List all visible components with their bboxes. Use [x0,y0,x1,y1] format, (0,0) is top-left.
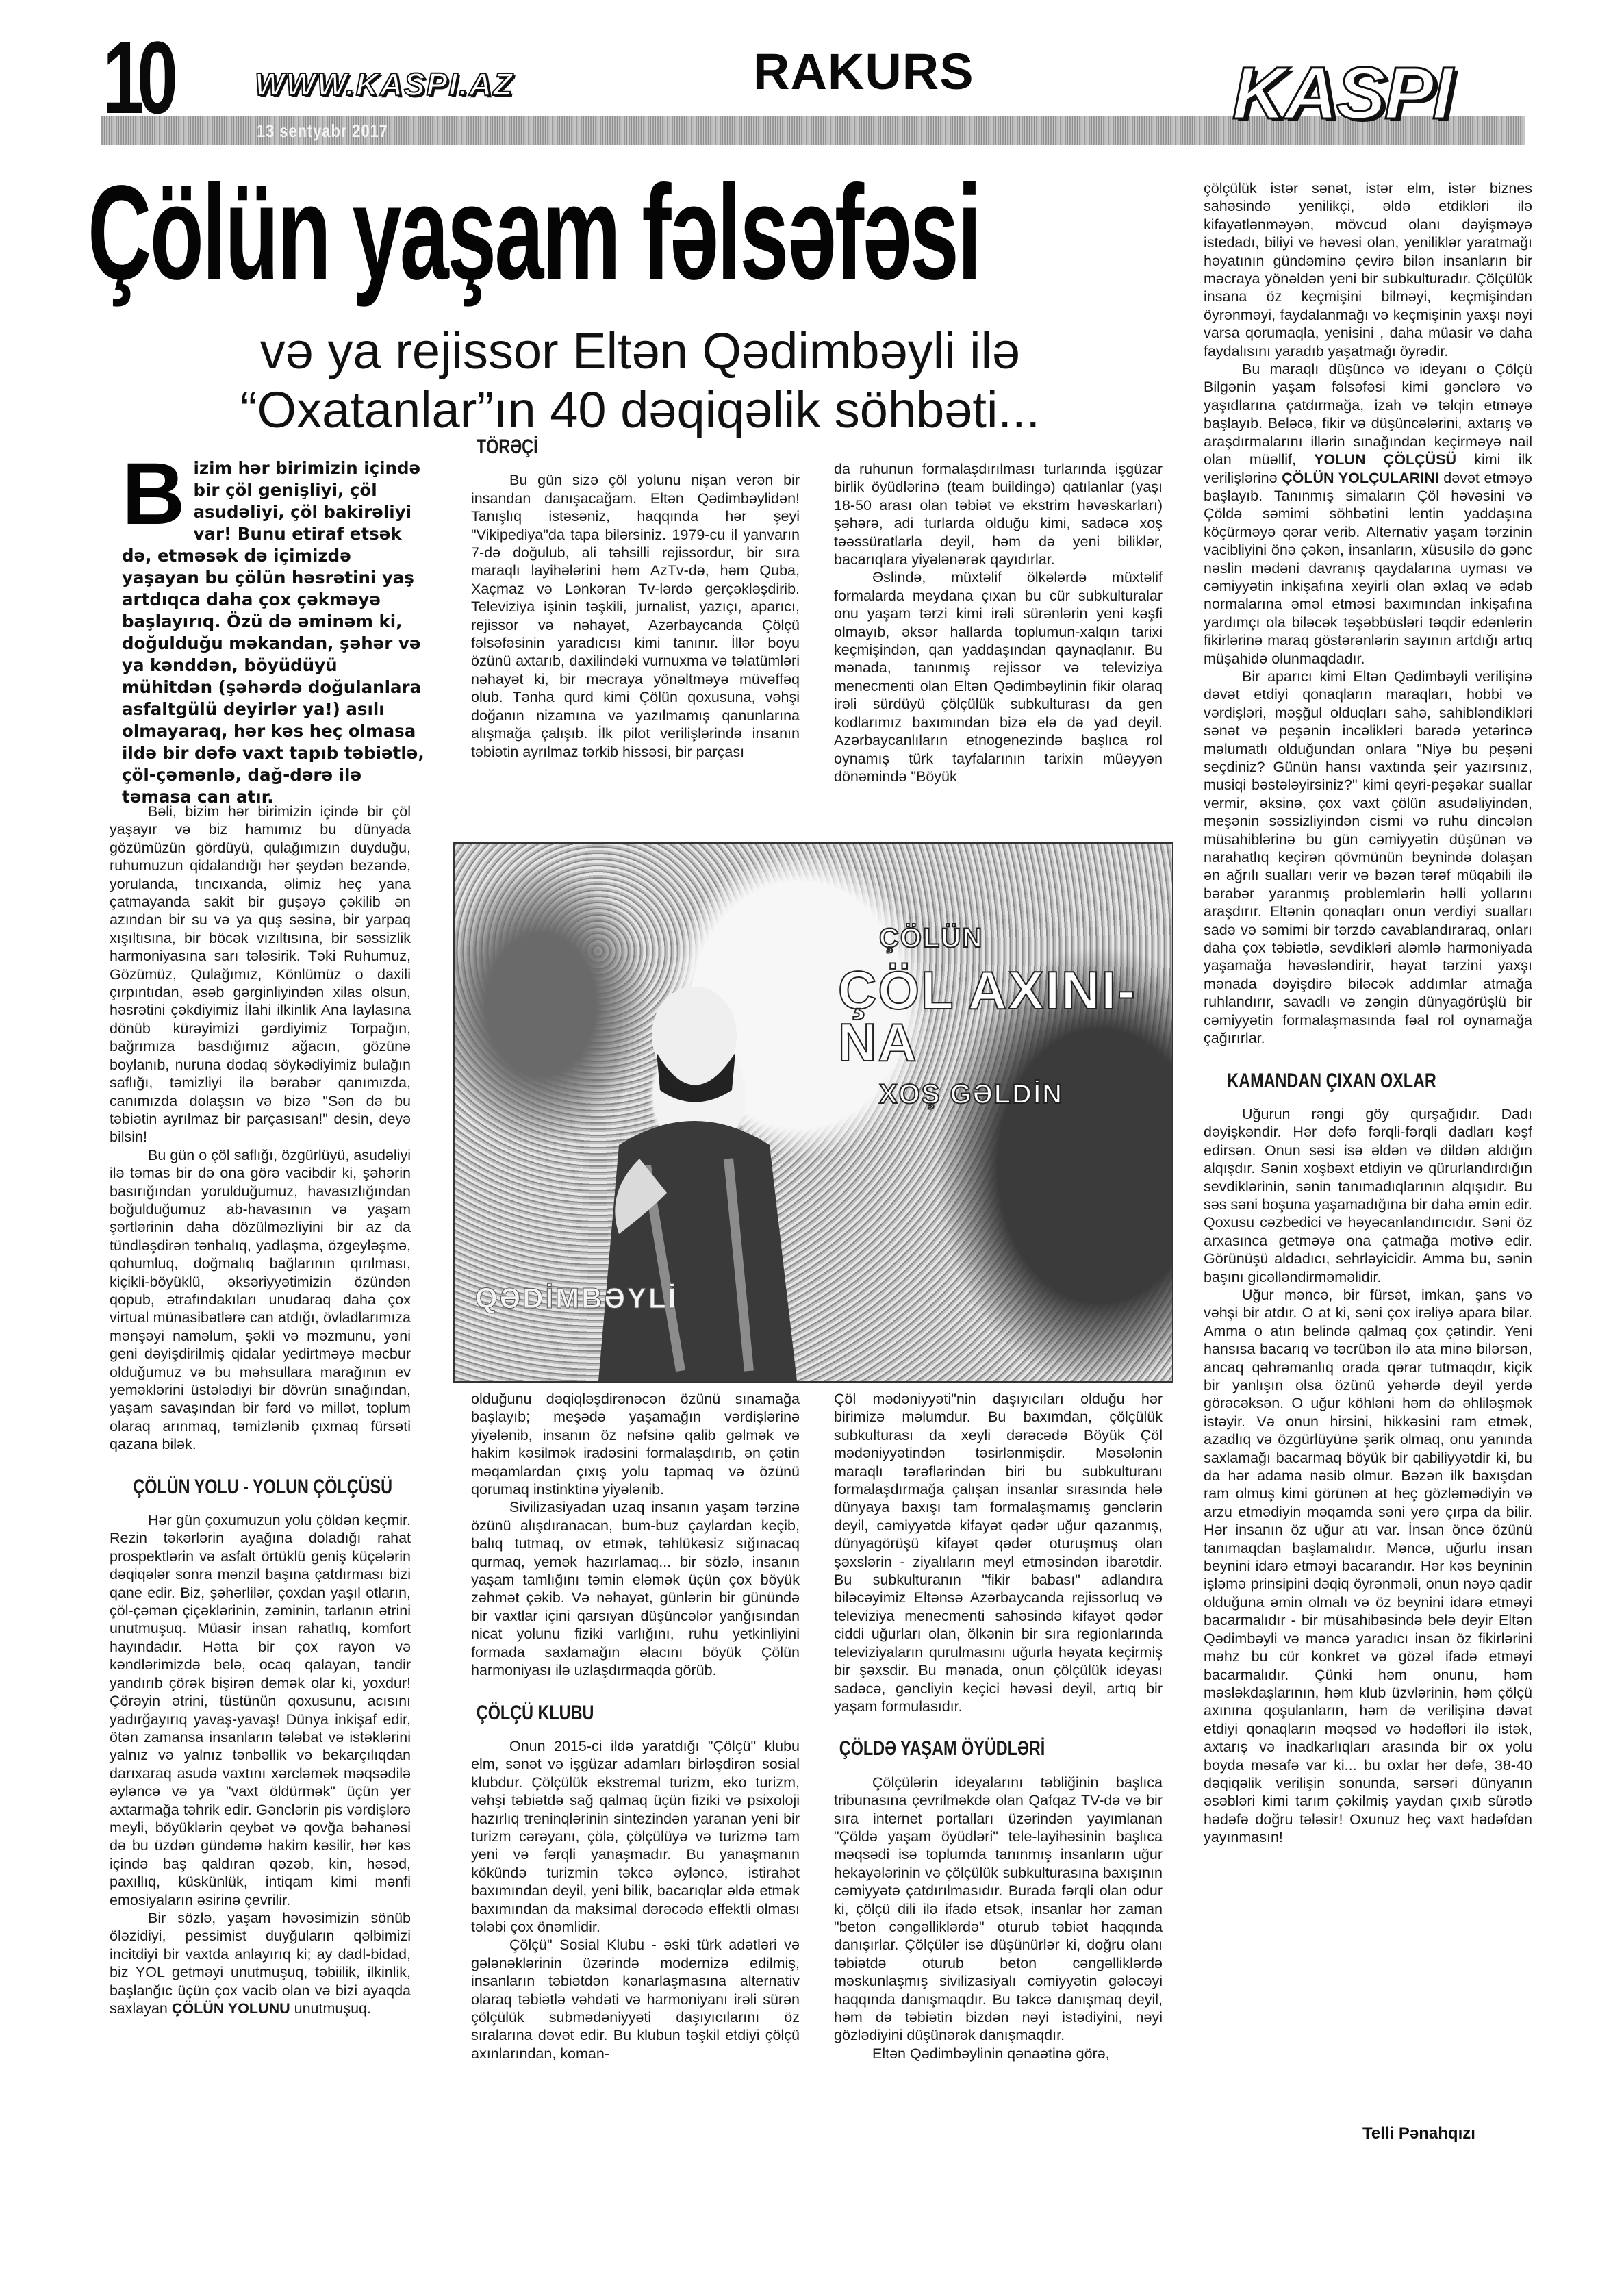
column-middle-bottom: olduğunu dəqiqləşdirənəcən özünü sınamağ… [471,1390,800,2063]
section-heading: KAMANDAN ÇIXAN OXLAR [1204,1072,1460,1090]
brand-logo: KASPI [1232,59,1451,127]
overlay-line-2: ÇÖL AXINI-NA [838,964,1172,1068]
paragraph: Hər gün çoxumuzun yolu çöldən keçmir. Re… [110,1511,411,1909]
article-photo: ÇÖLÜN ÇÖL AXINI-NA XOŞ GƏLDİN QƏDİMBƏYLİ [453,842,1173,1383]
paragraph: Çöl mədəniyyəti"nin daşıyıcıları olduğu … [834,1390,1163,1715]
column-middle2-bottom: Çöl mədəniyyəti"nin daşıyıcıları olduğu … [834,1390,1163,2063]
column-right: çölçülük istər sənət, istər elm, istər b… [1204,179,1532,1847]
bold-text: ÇÖLÜN YOLÇULARINI [1282,470,1439,486]
closing-text-end: unutmuşuq. [290,2000,371,2017]
paragraph: Bu gün o çöl saflığı, özgürlüyü, asudəli… [110,1146,411,1454]
section-heading: TÖRƏÇİ [471,438,727,456]
paragraph-closing: Bir sözlə, yaşam həvəsimizin sönüb öləzi… [110,1909,411,2017]
paragraph: Eltən Qədimbəylinin qənaətinə görə, [834,2045,1163,2063]
article-lead: Bizim hər birimizin içində bir çöl geniş… [122,457,427,808]
paragraph: Uğur məncə, bir fürsət, imkan, şans və v… [1204,1286,1532,1847]
paragraph: da ruhunun formalaşdırılması turlarında … [834,460,1163,568]
drop-cap: B [122,462,185,527]
subhead-line-2: “Oxatanlar”ın 40 dəqiqəlik söhbəti... [178,381,1102,440]
paragraph: Uğurun rəngi göy qurşağıdır. Dadı dəyişk… [1204,1105,1532,1286]
paragraph: Bir aparıcı kimi Eltən Qədimbəyli verili… [1204,668,1532,1048]
person-silhouette-icon [592,987,817,1381]
paragraph: Əslində, müxtəlif ölkələrdə müxtəlif for… [834,568,1163,785]
paragraph: olduğunu dəqiqləşdirənəcən özünü sınamağ… [471,1390,800,1498]
paragraph: Çölçülərin ideyalarını təbliğinin başlıc… [834,1774,1163,2045]
page-number: 10 [103,26,171,129]
photo-overlay-name: QƏDİMBƏYLİ [475,1282,678,1315]
subhead-line-1: və ya rejissor Eltən Qədimbəyli ilə [178,322,1102,381]
paragraph: çölçülük istər sənət, istər elm, istər b… [1204,179,1532,360]
section-heading: ÇÖLÜN YOLU - YOLUN ÇÖLÇÜSÜ [110,1478,344,1496]
overlay-line-3: XOŞ GƏLDİN [879,1068,1172,1120]
section-heading: ÇÖLDƏ YAŞAM ÖYÜDLƏRİ [834,1740,1090,1758]
paragraph: Sivilizasiyadan uzaq insanın yaşam tərzi… [471,1498,800,1679]
column-middle-top: TÖRƏÇİ Bu gün sizə çöl yolunu nişan verə… [471,438,800,761]
closing-bold: ÇÖLÜN YOLUNU [172,2000,290,2017]
paragraph: Onun 2015-ci ildə yaratdığı "Çölçü" klub… [471,1737,800,1936]
article-subhead: və ya rejissor Eltən Qədimbəyli ilə “Oxa… [178,322,1102,440]
paragraph-with-bold: Bu maraqlı düşüncə və ideyanı o Çölçü Bi… [1204,360,1532,668]
column-left: Bəli, bizim hər birimizin içində bir çöl… [110,803,411,2017]
site-url: WWW.KASPI.AZ [255,66,513,103]
paragraph: Bu gün sizə çöl yolunu nişan verən bir i… [471,471,800,761]
column-middle2-top: da ruhunun formalaşdırılması turlarında … [834,460,1163,785]
section-label: RAKURS [753,42,974,101]
overlay-line-1: ÇÖLÜN [879,912,1172,964]
author-signature: Telli Pənahqızı [1362,2124,1475,2143]
issue-date: 13 sentyabr 2017 [257,121,388,142]
article-headline: Çölün yaşam fəlsəfəsi [88,164,980,301]
text: dəvət etməyə başlayıb. Tanınmış simaları… [1204,470,1532,667]
photo-overlay-title: ÇÖLÜN ÇÖL AXINI-NA XOŞ GƏLDİN [838,912,1172,1120]
bold-text: YOLUN ÇÖLÇÜSÜ [1314,451,1456,468]
paragraph: Çölçü" Sosial Klubu - əski türk adətləri… [471,1936,800,2063]
paragraph: Bəli, bizim hər birimizin içində bir çöl… [110,803,411,1146]
section-heading: ÇÖLÇÜ KLUBU [471,1704,727,1722]
